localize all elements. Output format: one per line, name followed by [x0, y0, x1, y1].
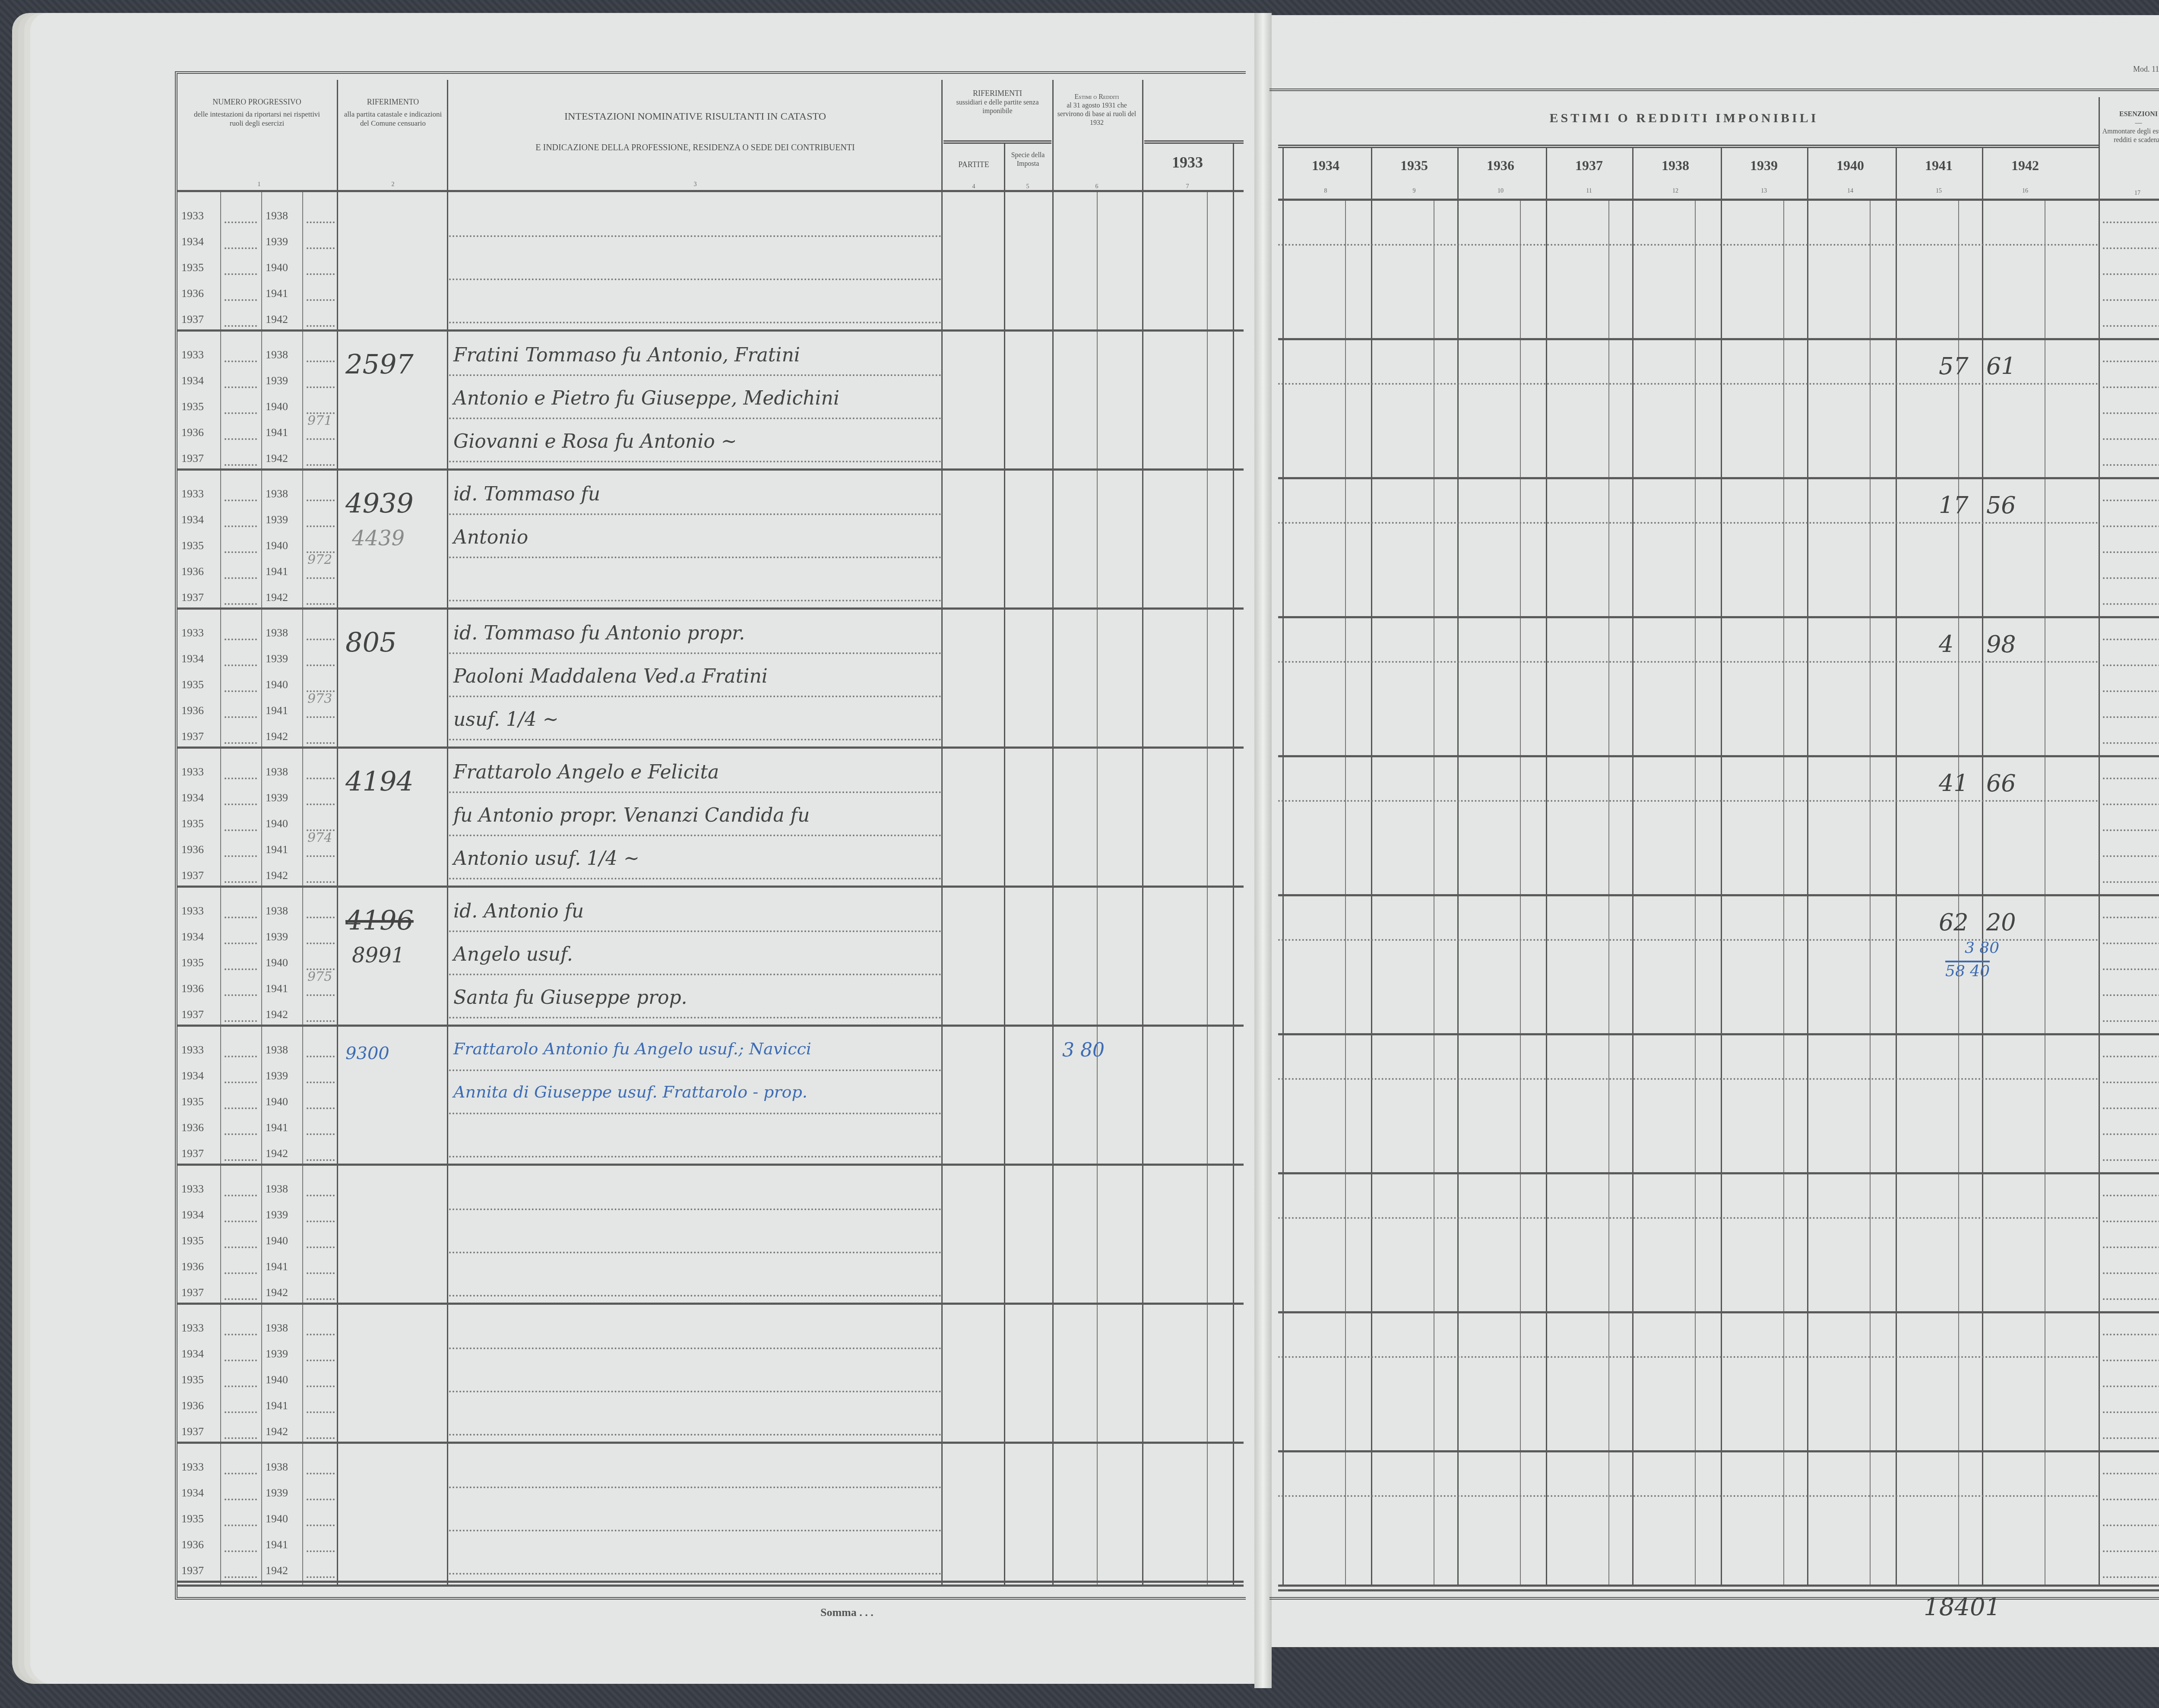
year-label: 1936: [181, 1260, 204, 1273]
year-label: 1936: [181, 287, 204, 300]
dotted-rule: [307, 1411, 335, 1413]
dotted-rule: [2103, 325, 2159, 327]
dotted-rule: [307, 1107, 335, 1109]
rule: [943, 140, 1051, 144]
dotted-rule: [1278, 1356, 2099, 1358]
dotted-rule: [225, 412, 257, 414]
header-col1: NUMERO PROGRESSIVO delle intestazioni da…: [177, 97, 337, 130]
dotted-rule: [225, 464, 257, 466]
col4-title: PARTITE: [943, 160, 1004, 170]
dotted-rule: [225, 968, 257, 970]
dotted-rule: [1278, 661, 2099, 663]
col7-number: 7: [1174, 183, 1200, 190]
value-1941-int: 62: [1939, 909, 1969, 936]
year-label: 1940: [266, 1373, 288, 1386]
year-label: 1940: [266, 400, 288, 413]
year-label: 1942: [266, 730, 288, 743]
row-divider: [177, 1025, 1244, 1027]
divider: [1345, 201, 1346, 1587]
dotted-rule: [307, 742, 335, 744]
partita-number: 4194: [345, 765, 414, 797]
dotted-rule: [2103, 412, 2159, 414]
year-header-1936: 1936: [1459, 158, 1542, 174]
row-divider: [1278, 1311, 2159, 1313]
dotted-rule: [2103, 917, 2159, 918]
dotted-rule: [2103, 577, 2159, 579]
name-line: fu Antonio propr. Venanzi Candida fu: [453, 804, 810, 826]
row-divider: [1278, 755, 2159, 757]
dotted-rule: [225, 716, 257, 718]
dotted-rule: [449, 739, 941, 740]
dotted-rule: [2103, 386, 2159, 388]
dotted-rule: [225, 943, 257, 944]
year-label: 1936: [181, 843, 204, 856]
row-divider: [1278, 338, 2159, 340]
divider: [1632, 147, 1633, 1587]
year-header-1942: 1942: [1984, 158, 2066, 174]
form-id: Mod. 111 - Imposte Dirette (Intercalare)…: [2133, 65, 2159, 74]
dotted-rule: [2103, 1298, 2159, 1300]
dotted-rule: [307, 1334, 335, 1335]
prog-number: 971: [307, 413, 332, 428]
dotted-rule: [225, 1385, 257, 1387]
row-divider: [177, 607, 1244, 610]
dotted-rule: [307, 639, 335, 640]
dotted-rule: [2103, 1221, 2159, 1222]
partita-number: 9300: [345, 1044, 389, 1063]
year-col-number: 8: [1313, 188, 1339, 195]
dotted-rule: [2103, 361, 2159, 362]
year-label: 1940: [266, 817, 288, 830]
year-label: 1940: [266, 539, 288, 552]
dotted-rule: [449, 322, 941, 323]
dotted-rule: [2103, 500, 2159, 501]
dotted-rule: [225, 1020, 257, 1022]
dotted-rule: [307, 500, 335, 501]
header-col6: Estimi o Redditi al 31 agosto 1931 che s…: [1054, 93, 1140, 127]
dotted-rule: [307, 386, 335, 388]
year-label: 1942: [266, 869, 288, 882]
dotted-rule: [307, 1221, 335, 1222]
header-bottom-rule: [1278, 199, 2159, 201]
year-label: 1941: [266, 982, 288, 995]
row-divider: [1278, 477, 2159, 479]
year-label: 1940: [266, 956, 288, 969]
dotted-rule: [1278, 1217, 2099, 1219]
right-table-frame: [1269, 89, 2159, 1600]
year-label: 1935: [181, 1234, 204, 1247]
header-bottom-rule: [177, 190, 1244, 192]
dotted-rule: [307, 1385, 335, 1387]
year-label: 1941: [266, 1399, 288, 1412]
year-label: 1934: [181, 930, 204, 943]
dotted-rule: [225, 386, 257, 388]
year-header-1941: 1941: [1898, 158, 1980, 174]
year-label: 1938: [266, 765, 288, 778]
year-label: 1939: [266, 1208, 288, 1221]
col45-subtitle: sussidiari e delle partite senza imponib…: [943, 98, 1051, 116]
dotted-rule: [2103, 1082, 2159, 1083]
year-label: 1935: [181, 1373, 204, 1386]
col3-subtitle: E INDICAZIONE DELLA PROFESSIONE, RESIDEN…: [449, 142, 941, 153]
divider: [2045, 201, 2045, 1587]
dotted-rule: [449, 930, 941, 932]
divider: [1142, 80, 1143, 1587]
dotted-rule: [307, 1437, 335, 1439]
dotted-rule: [307, 917, 335, 918]
dotted-rule: [225, 273, 257, 275]
right-title: ESTIMI O REDDITI IMPONIBILI: [1425, 110, 1943, 127]
dotted-rule: [307, 221, 335, 223]
dotted-rule: [225, 1298, 257, 1300]
divider: [1052, 80, 1054, 1587]
estimo-1932: 3 80: [1062, 1039, 1105, 1061]
divider: [1457, 147, 1459, 1587]
header-col2: RIFERIMENTO alla partita catastale e ind…: [339, 97, 447, 130]
col3-number: 3: [669, 181, 721, 188]
year-label: 1938: [266, 1322, 288, 1335]
dotted-rule: [225, 803, 257, 805]
year-label: 1942: [266, 452, 288, 465]
dotted-rule: [2103, 299, 2159, 301]
year-label: 1938: [266, 626, 288, 639]
dotted-rule: [225, 1272, 257, 1274]
dotted-rule: [225, 881, 257, 883]
dotted-rule: [449, 513, 941, 515]
col1-number: 1: [233, 181, 285, 188]
divider: [1371, 147, 1372, 1587]
year-header-1934: 1934: [1285, 158, 1367, 174]
year-label: 1938: [266, 1183, 288, 1196]
year-label: 1933: [181, 1461, 204, 1474]
year-label: 1936: [181, 1121, 204, 1134]
dotted-rule: [225, 361, 257, 362]
divider: [1434, 201, 1434, 1587]
dotted-rule: [2103, 1272, 2159, 1274]
year-col-number: 9: [1401, 188, 1427, 195]
dotted-rule: [449, 1017, 941, 1018]
year-label: 1934: [181, 374, 204, 387]
year-label: 1935: [181, 1095, 204, 1108]
year-label: 1941: [266, 426, 288, 439]
dotted-rule: [307, 1082, 335, 1083]
row-divider: [177, 1303, 1244, 1305]
dotted-rule: [307, 1499, 335, 1500]
value-1941-int: 41: [1939, 770, 1969, 797]
dotted-rule: [2103, 247, 2159, 249]
year-label: 1937: [181, 1008, 204, 1021]
row-divider: [1278, 1033, 2159, 1035]
dotted-rule: [2103, 1385, 2159, 1387]
dotted-rule: [307, 1576, 335, 1578]
dotted-rule: [2103, 603, 2159, 605]
year-label: 1939: [266, 235, 288, 248]
dotted-rule: [225, 603, 257, 605]
dotted-rule: [449, 557, 941, 558]
name-line: Antonio usuf. 1/4 ~: [453, 848, 639, 870]
col1-subtitle: delle intestazioni da riportarsi nei ris…: [177, 107, 337, 131]
dotted-rule: [225, 1360, 257, 1361]
value-1941-int: 4: [1939, 631, 1953, 658]
year-label: 1933: [181, 209, 204, 222]
year-label: 1941: [266, 1121, 288, 1134]
dotted-rule: [307, 881, 335, 883]
dotted-rule: [307, 1473, 335, 1474]
prog-number: 972: [307, 552, 332, 567]
year-label: 1942: [266, 313, 288, 326]
year-label: 1938: [266, 209, 288, 222]
dotted-rule: [307, 603, 335, 605]
year-header-1935: 1935: [1373, 158, 1455, 174]
year-col-number: 12: [1662, 188, 1688, 195]
dotted-rule: [1278, 522, 2099, 524]
dotted-rule: [225, 577, 257, 579]
dotted-rule: [225, 1525, 257, 1526]
col2-title: RIFERIMENTO: [339, 97, 447, 107]
name-line: id. Antonio fu: [453, 900, 584, 922]
year-label: 1935: [181, 1512, 204, 1525]
divider: [220, 192, 221, 1587]
year-label: 1935: [181, 678, 204, 691]
year-label: 1936: [181, 982, 204, 995]
dotted-rule: [307, 943, 335, 944]
name-line: usuf. 1/4 ~: [453, 709, 559, 731]
name-line: Paoloni Maddalena Ved.a Fratini: [453, 665, 768, 687]
year-label: 1933: [181, 1044, 204, 1056]
dotted-rule: [225, 299, 257, 301]
year-label: 1936: [181, 704, 204, 717]
dotted-rule: [307, 1195, 335, 1196]
year-label: 1939: [266, 930, 288, 943]
dotted-rule: [307, 803, 335, 805]
dotted-rule: [449, 1530, 941, 1531]
dotted-rule: [307, 1525, 335, 1526]
dotted-rule: [449, 1391, 941, 1392]
divider: [1004, 142, 1005, 1587]
dotted-rule: [2103, 1334, 2159, 1335]
year-label: 1933: [181, 1322, 204, 1335]
dotted-rule: [2103, 881, 2159, 883]
dotted-rule: [2103, 742, 2159, 744]
dotted-rule: [2103, 690, 2159, 692]
dotted-rule: [225, 1411, 257, 1413]
partita-number: 4196: [345, 905, 414, 936]
divider: [1097, 192, 1098, 1587]
value-1941-subtract: 3 80: [1965, 939, 1999, 957]
dotted-rule: [307, 1020, 335, 1022]
value-1941-dec: 56: [1986, 492, 2016, 519]
dotted-rule: [307, 1360, 335, 1361]
year-col-number: 10: [1488, 188, 1513, 195]
year-label: 1933: [181, 626, 204, 639]
year-label: 1938: [266, 487, 288, 500]
year-label: 1942: [266, 1008, 288, 1021]
col6-number: 6: [1084, 183, 1110, 190]
dotted-rule: [449, 1208, 941, 1210]
divider: [1982, 147, 1983, 1587]
year-label: 1939: [266, 1347, 288, 1360]
year-label: 1938: [266, 1461, 288, 1474]
year-col-number: 14: [1837, 188, 1863, 195]
dotted-rule: [225, 551, 257, 553]
year-label: 1936: [181, 565, 204, 578]
dotted-rule: [225, 1133, 257, 1135]
year-label: 1939: [266, 1069, 288, 1082]
partita-number: 4939: [345, 487, 414, 519]
dotted-rule: [2103, 968, 2159, 970]
divider: [2099, 97, 2100, 1587]
col7-year: 1933: [1144, 153, 1231, 171]
name-line: Annita di Giuseppe usuf. Frattarolo - pr…: [453, 1082, 807, 1101]
row-divider: [1278, 1172, 2159, 1174]
year-label: 1937: [181, 1286, 204, 1299]
dotted-rule: [449, 974, 941, 975]
dotted-rule: [449, 600, 941, 601]
col6-title: Estimi o Redditi: [1054, 93, 1140, 101]
dotted-rule: [449, 1434, 941, 1436]
col17-number: 17: [2124, 190, 2150, 197]
year-col-number: 15: [1926, 188, 1952, 195]
prog-number: 974: [307, 830, 332, 845]
row-divider: [177, 329, 1244, 332]
year-label: 1934: [181, 652, 204, 665]
year-col-number: 13: [1751, 188, 1777, 195]
dotted-rule: [2103, 1411, 2159, 1413]
year-label: 1939: [266, 652, 288, 665]
divider: [1608, 201, 1609, 1587]
dotted-rule: [307, 325, 335, 327]
dotted-rule: [2103, 1550, 2159, 1552]
year-label: 1935: [181, 817, 204, 830]
dotted-rule: [2103, 1056, 2159, 1057]
year-label: 1937: [181, 1564, 204, 1577]
dotted-rule: [225, 1159, 257, 1161]
dotted-rule: [2103, 829, 2159, 831]
footer-rule: [1278, 1585, 2159, 1587]
dotted-rule: [449, 418, 941, 419]
year-label: 1934: [181, 235, 204, 248]
dotted-rule: [449, 1113, 941, 1114]
dotted-rule: [2103, 1246, 2159, 1248]
year-label: 1938: [266, 1044, 288, 1056]
year-label: 1935: [181, 539, 204, 552]
esenzioni-title: ESENZIONI: [2101, 110, 2159, 119]
dotted-rule: [307, 464, 335, 466]
row-divider: [177, 468, 1244, 471]
dotted-rule: [307, 855, 335, 857]
dotted-rule: [449, 878, 941, 879]
year-label: 1934: [181, 791, 204, 804]
dotted-rule: [2103, 1576, 2159, 1578]
dotted-rule: [307, 525, 335, 527]
dotted-rule: [449, 235, 941, 237]
year-label: 1937: [181, 591, 204, 604]
dotted-rule: [225, 1221, 257, 1222]
year-label: 1933: [181, 487, 204, 500]
col1-title: NUMERO PROGRESSIVO: [177, 97, 337, 107]
dotted-rule: [225, 639, 257, 640]
divider: [1721, 147, 1722, 1587]
dotted-rule: [449, 1573, 941, 1575]
year-label: 1937: [181, 1147, 204, 1160]
partita-alt-number: 8991: [352, 943, 405, 968]
dotted-rule: [2103, 273, 2159, 275]
year-label: 1937: [181, 313, 204, 326]
year-label: 1940: [266, 1234, 288, 1247]
dotted-rule: [2103, 1020, 2159, 1022]
dotted-rule: [2103, 1133, 2159, 1135]
dotted-rule: [307, 1056, 335, 1057]
year-label: 1940: [266, 1095, 288, 1108]
dotted-rule: [307, 994, 335, 996]
value-1941-dec: 20: [1986, 909, 2016, 936]
divider: [1896, 147, 1897, 1587]
year-label: 1933: [181, 348, 204, 361]
dotted-rule: [225, 500, 257, 501]
prog-number: 973: [307, 691, 332, 706]
footer-rule: [177, 1585, 1244, 1587]
dotted-rule: [1278, 1078, 2099, 1080]
dotted-rule: [225, 1195, 257, 1196]
divider: [1546, 147, 1547, 1587]
year-label: 1934: [181, 1208, 204, 1221]
dotted-rule: [2103, 664, 2159, 666]
dotted-rule: [307, 438, 335, 440]
divider: [1958, 201, 1959, 1587]
year-label: 1934: [181, 513, 204, 526]
dotted-rule: [225, 778, 257, 779]
year-header-1938: 1938: [1634, 158, 1716, 174]
year-col-number: 16: [2012, 188, 2038, 195]
divider: [302, 192, 303, 1587]
dotted-rule: [225, 1499, 257, 1500]
year-col-number: 11: [1576, 188, 1602, 195]
dotted-rule: [2103, 438, 2159, 440]
dotted-rule: [2103, 1360, 2159, 1361]
partita-number: 805: [345, 626, 396, 658]
col6-subtitle: al 31 agosto 1931 che servirono di base …: [1054, 101, 1140, 127]
year-label: 1935: [181, 261, 204, 274]
col5-title: Specie della Imposta: [1005, 151, 1051, 168]
year-label: 1941: [266, 1538, 288, 1551]
dotted-rule: [449, 1156, 941, 1158]
year-label: 1937: [181, 869, 204, 882]
dotted-rule: [307, 247, 335, 249]
dotted-rule: [2103, 1195, 2159, 1196]
year-label: 1934: [181, 1069, 204, 1082]
dotted-rule: [449, 1487, 941, 1488]
dotted-rule: [307, 664, 335, 666]
dotted-rule: [307, 361, 335, 362]
dotted-rule: [449, 652, 941, 654]
value-1941-result: 58 40: [1945, 961, 1990, 980]
dotted-rule: [449, 791, 941, 793]
dotted-rule: [2103, 464, 2159, 466]
year-label: 1936: [181, 426, 204, 439]
dotted-rule: [225, 917, 257, 918]
dotted-rule: [1278, 800, 2099, 802]
name-line: id. Tommaso fu: [453, 483, 600, 505]
year-label: 1933: [181, 765, 204, 778]
year-label: 1934: [181, 1487, 204, 1499]
dotted-rule: [307, 273, 335, 275]
dotted-rule: [307, 1133, 335, 1135]
dotted-rule: [2103, 855, 2159, 857]
somma-1941-value: 18401: [1924, 1593, 2001, 1621]
dotted-rule: [449, 1295, 941, 1297]
dotted-rule: [2103, 803, 2159, 805]
dotted-rule: [225, 1056, 257, 1057]
